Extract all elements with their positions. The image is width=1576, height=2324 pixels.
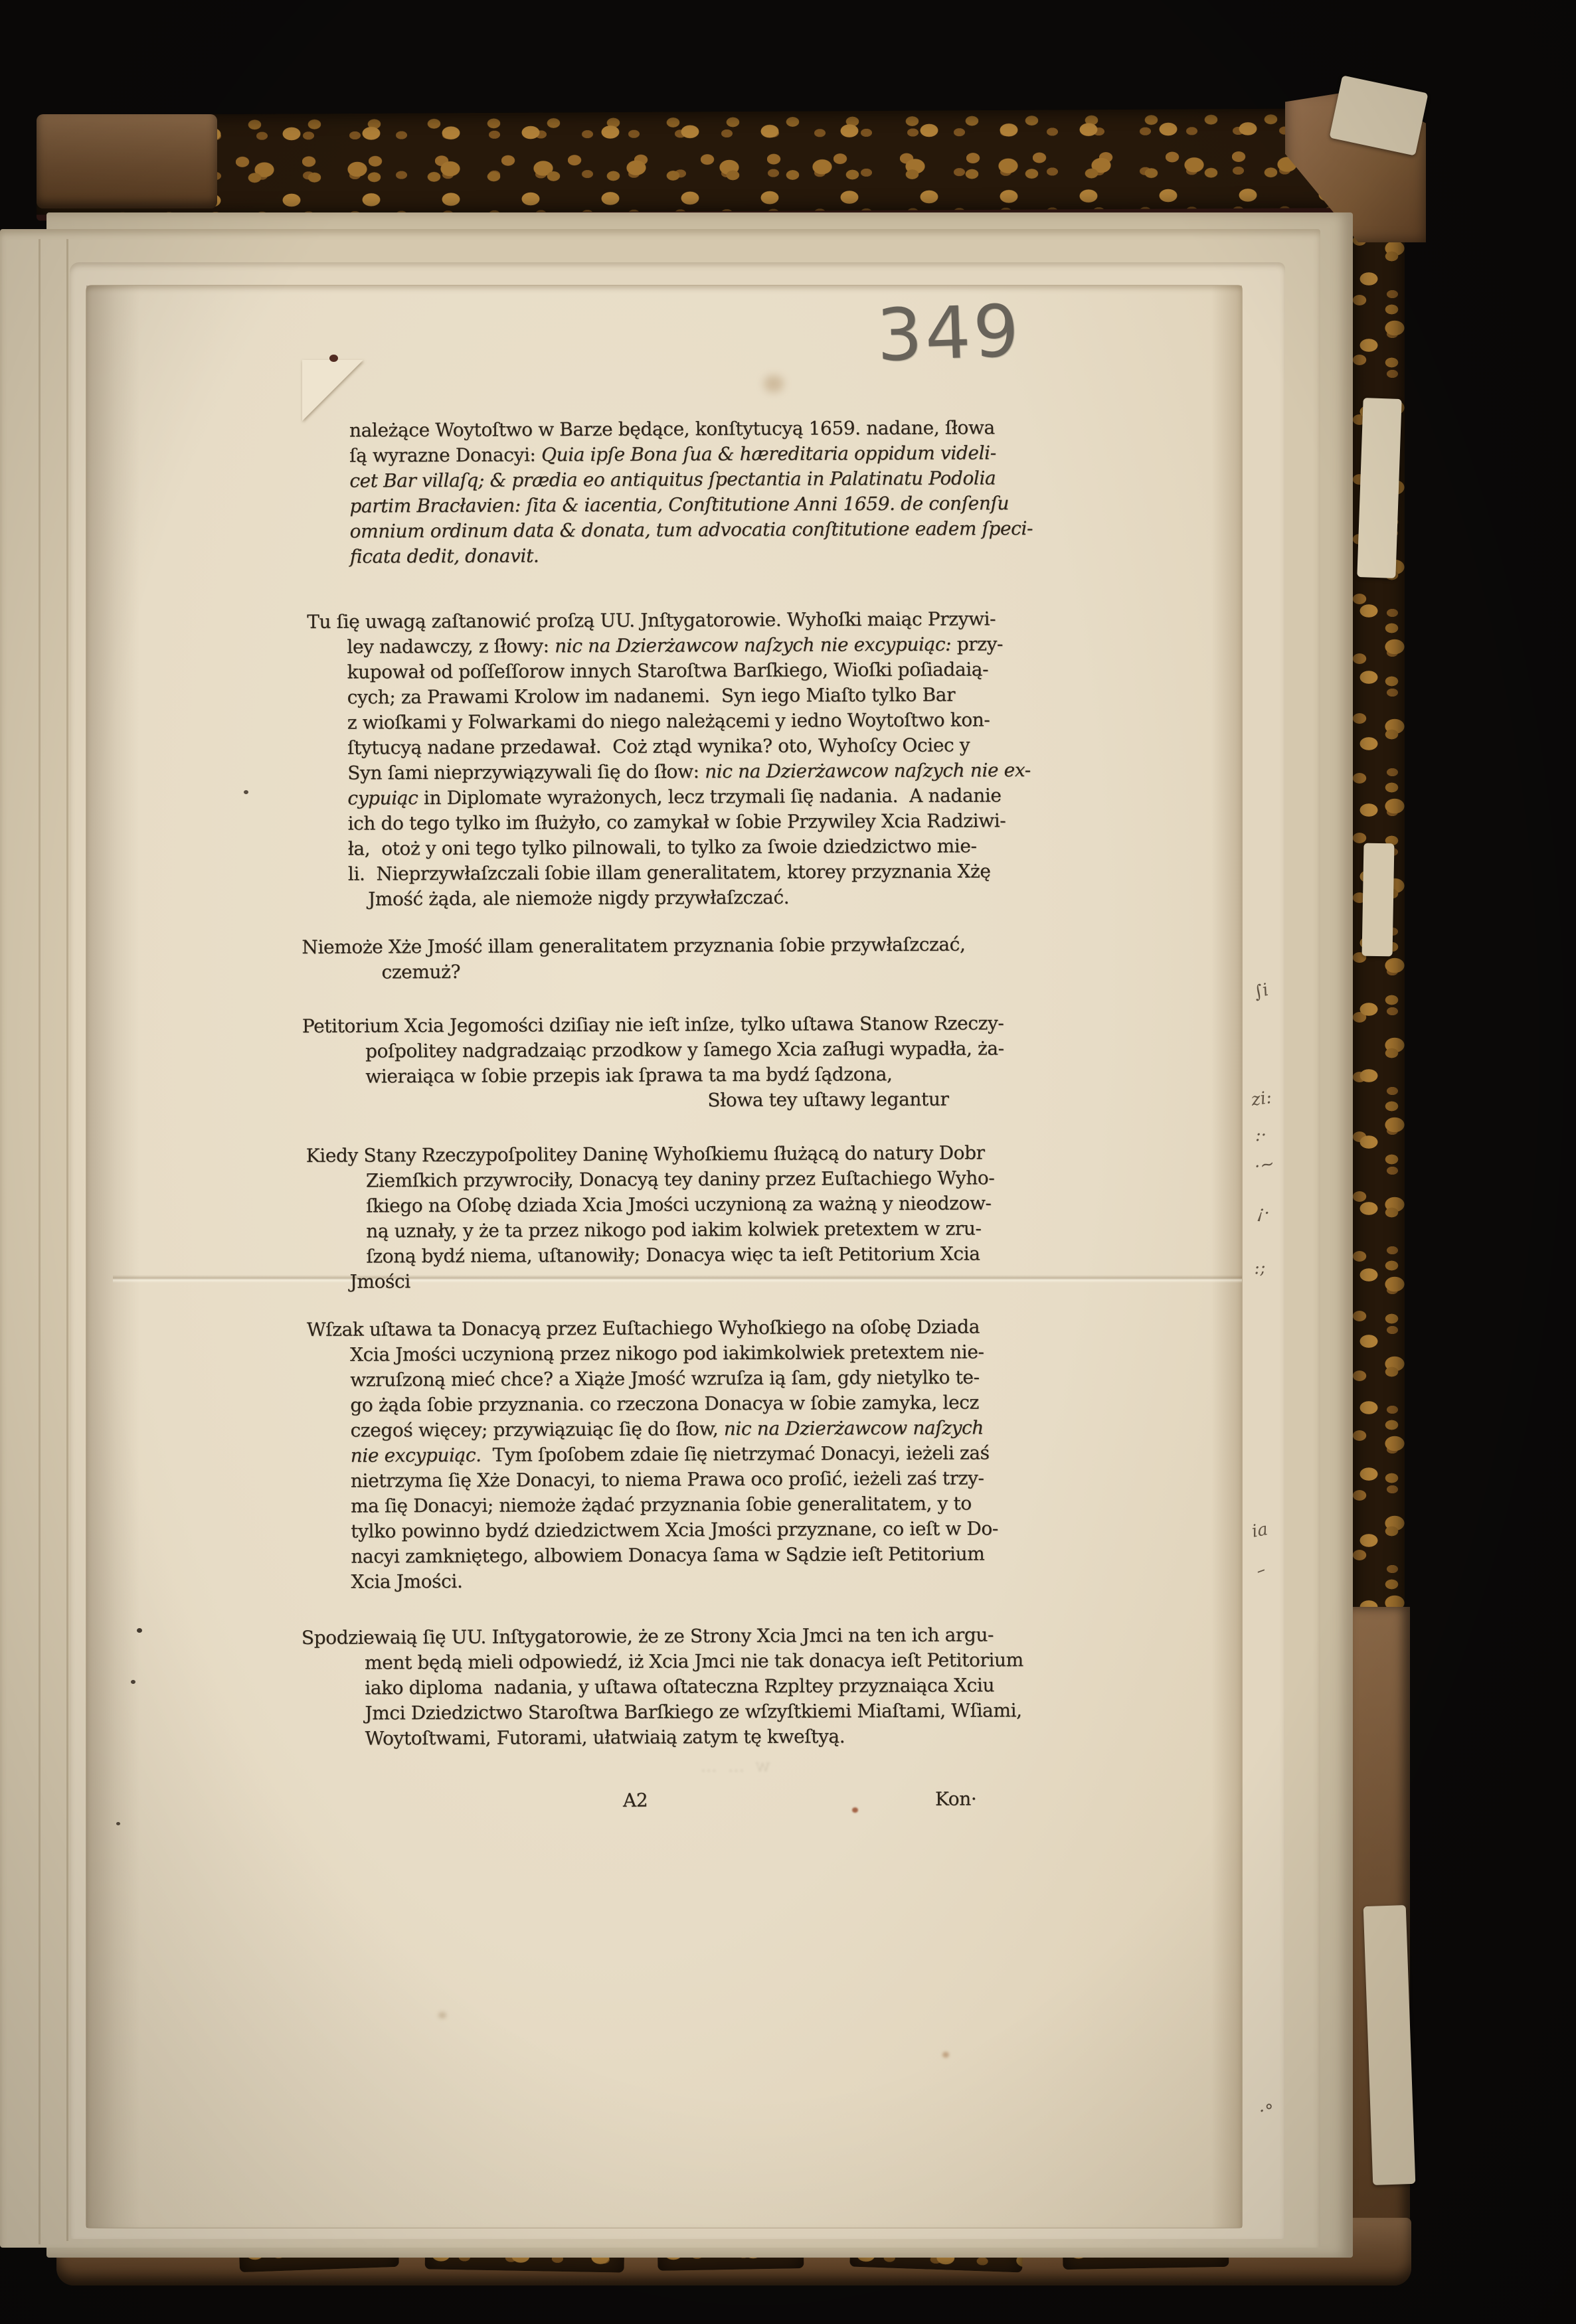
text-line: Jmci Dziedzictwo Staroſtwa Barſkiego ze … xyxy=(285,1697,1228,1726)
text-line: ſą wyrazne Donacyi: Quia ipſe Bona ſua &… xyxy=(280,440,1223,469)
text-line: ſtytucyą nadane przedawał. Coż ztąd wyni… xyxy=(281,732,1224,761)
torn-paper-tab xyxy=(1357,398,1401,578)
paragraph: Niemoże Xże Jmość illam generalitatem pr… xyxy=(282,931,1225,985)
text-line: ficata dedit, donavit. xyxy=(280,540,1223,570)
paragraph: Petitorium Xcia Jegomości dziſiay nie ie… xyxy=(282,1010,1226,1115)
foxing-spot xyxy=(438,2012,446,2019)
foxing-spot xyxy=(131,1680,135,1684)
edge-ink-mark: ·~ xyxy=(1253,1153,1276,1177)
text-line: ment będą mieli odpowiedź, iż Xcia Jmci … xyxy=(285,1647,1228,1676)
text-line: poſpolitey nadgradzaiąc przodkow y ſameg… xyxy=(282,1035,1225,1064)
text-line: nie excypuiąc. Tym ſpoſobem zdaie ſię ni… xyxy=(284,1440,1227,1469)
text-line: ſzoną bydź niema, uſtanowiły; Donacya wi… xyxy=(283,1240,1226,1270)
gutter-crease xyxy=(86,286,139,2228)
text-line: Niemoże Xże Jmość illam generalitatem pr… xyxy=(282,931,1225,960)
flyleaf-crease xyxy=(66,239,68,2241)
edge-ink-mark: zi: xyxy=(1250,1088,1273,1110)
text-line: Syn ſami nieprzywiązywali ſię do ſłow: n… xyxy=(281,757,1224,786)
text-line: Petitorium Xcia Jegomości dziſiay nie ie… xyxy=(282,1010,1225,1039)
text-line: z wioſkami y Folwarkami do niego należąc… xyxy=(281,706,1224,736)
flyleaf-crease xyxy=(39,239,41,2244)
paragraph: Wſzak uſtawa ta Donacyą przez Euſtachieg… xyxy=(284,1313,1228,1595)
text-line: Ziemſkich przywrociły, Donacyą tey danin… xyxy=(283,1165,1226,1194)
text-line: ich do tego tylko im ſłużyło, co zamykał… xyxy=(281,807,1224,837)
edge-ink-mark: ¡· xyxy=(1256,1203,1270,1224)
edge-ink-mark: :· xyxy=(1255,1125,1267,1145)
text-line: tylko powinno bydź dziedzictwem Xcia Jmo… xyxy=(284,1515,1227,1544)
text-line: go żąda ſobie przyznania. co rzeczona Do… xyxy=(284,1389,1227,1418)
text-line: Jmość żąda, ale niemoże nigdy przywłaſzc… xyxy=(282,883,1225,912)
text-line: Xcia Jmości uczynioną przez nikogo pod i… xyxy=(284,1339,1227,1368)
text-line: Jmości xyxy=(283,1266,1226,1295)
handwritten-page-number: 349 xyxy=(875,290,1023,378)
paragraph: należące Woytoſtwo w Barze będące, konſt… xyxy=(280,414,1223,570)
foxing-spot xyxy=(137,1628,142,1633)
scan-backdrop: 349 A2 Kon· należące Woytoſtwo w Barze b… xyxy=(0,0,1576,2324)
text-line: Woytoſtwami, Futorami, ułatwiaią zatym t… xyxy=(285,1722,1228,1752)
text-line: wzruſzoną mieć chce? a Xiąże Jmość wzruſ… xyxy=(284,1364,1227,1393)
text-line: Xcia Jmości. xyxy=(284,1566,1227,1595)
text-line: iako diploma nadania, y uſtawa oſtateczn… xyxy=(285,1672,1228,1701)
book-cover-top-edge xyxy=(37,108,1421,221)
text-line: Spodziewaią ſię UU. Inſtygatorowie, że z… xyxy=(285,1621,1228,1651)
text-line: należące Woytoſtwo w Barze będące, konſt… xyxy=(280,414,1223,444)
text-line: cych; za Prawami Krolow im nadanemi. Syn… xyxy=(281,681,1224,710)
foxing-spot xyxy=(852,1807,858,1813)
text-block: A2 Kon· należące Woytoſtwo w Barze będąc… xyxy=(279,282,1231,2228)
edge-ink-mark: ia xyxy=(1251,1519,1270,1542)
text-line: ſkiego na Oſobę dziada Xcia Jmości uczyn… xyxy=(283,1190,1226,1219)
text-line: li. Nieprzywłaſzczali ſobie illam genera… xyxy=(282,858,1225,887)
text-line: nietrzyma ſię Xże Donacyi, to niema Praw… xyxy=(284,1465,1227,1494)
text-line: czegoś więcey; przywiązuiąc ſię do ſłow,… xyxy=(284,1414,1227,1444)
torn-paper-tab xyxy=(1362,843,1395,957)
text-line: cypuiąc in Diplomate wyrażonych, lecz tr… xyxy=(281,782,1224,811)
book-spine-top-leather xyxy=(37,114,217,208)
foxing-spot xyxy=(244,790,248,794)
book-page: 349 A2 Kon· należące Woytoſtwo w Barze b… xyxy=(86,286,1242,2228)
text-line: wieraiąca w ſobie przepis iak ſprawa ta … xyxy=(282,1060,1225,1090)
edge-ink-mark: ·° xyxy=(1259,2102,1273,2121)
text-line: partim Bracłavien: ſita & iacentia, Conſ… xyxy=(280,490,1223,519)
foxing-spot xyxy=(764,375,784,392)
text-line: Kiedy Stany Rzeczypoſpolitey Daninę Wyho… xyxy=(283,1139,1226,1169)
text-line: Wſzak uſtawa ta Donacyą przez Euſtachieg… xyxy=(284,1313,1227,1343)
foxing-spot xyxy=(116,1822,120,1825)
paragraph: Kiedy Stany Rzeczypoſpolitey Daninę Wyho… xyxy=(283,1139,1227,1295)
text-line: Słowa tey uſtawy legantur xyxy=(282,1086,1225,1115)
text-line: Tu ſię uwagą zaſtanowić proſzą UU. Jnſty… xyxy=(280,606,1223,635)
edge-ink-mark: :; xyxy=(1253,1258,1267,1278)
foxing-spot xyxy=(942,2052,949,2058)
catchword: Kon· xyxy=(935,1786,977,1811)
signature-mark: A2 xyxy=(623,1788,648,1813)
text-line: omnium ordinum data & donata, tum advoca… xyxy=(280,515,1223,544)
text-line: nacyi zamkniętego, albowiem Donacya ſama… xyxy=(284,1540,1227,1570)
text-line: cet Bar villaſq; & prædia eo antiquitus … xyxy=(280,465,1223,494)
paragraph: Spodziewaią ſię UU. Inſtygatorowie, że z… xyxy=(285,1621,1229,1752)
text-line: czemuż? xyxy=(282,956,1225,985)
text-line: ła, otoż y oni tego tylko pilnowali, to … xyxy=(282,833,1225,862)
text-line: ley nadawczy, z ſłowy: nic na Dzierżawco… xyxy=(280,631,1223,660)
catchword-line: A2 Kon· xyxy=(286,1785,1229,1815)
text-line: kupował od poſſeſſorow innych Staroſtwa … xyxy=(280,656,1223,685)
text-line: ną uznały, y że ta przez nikogo pod iaki… xyxy=(283,1215,1226,1244)
paragraph: Tu ſię uwagą zaſtanowić proſzą UU. Jnſty… xyxy=(280,606,1225,912)
text-line: ma ſię Donacyi; niemoże żądać przyznania… xyxy=(284,1490,1227,1519)
